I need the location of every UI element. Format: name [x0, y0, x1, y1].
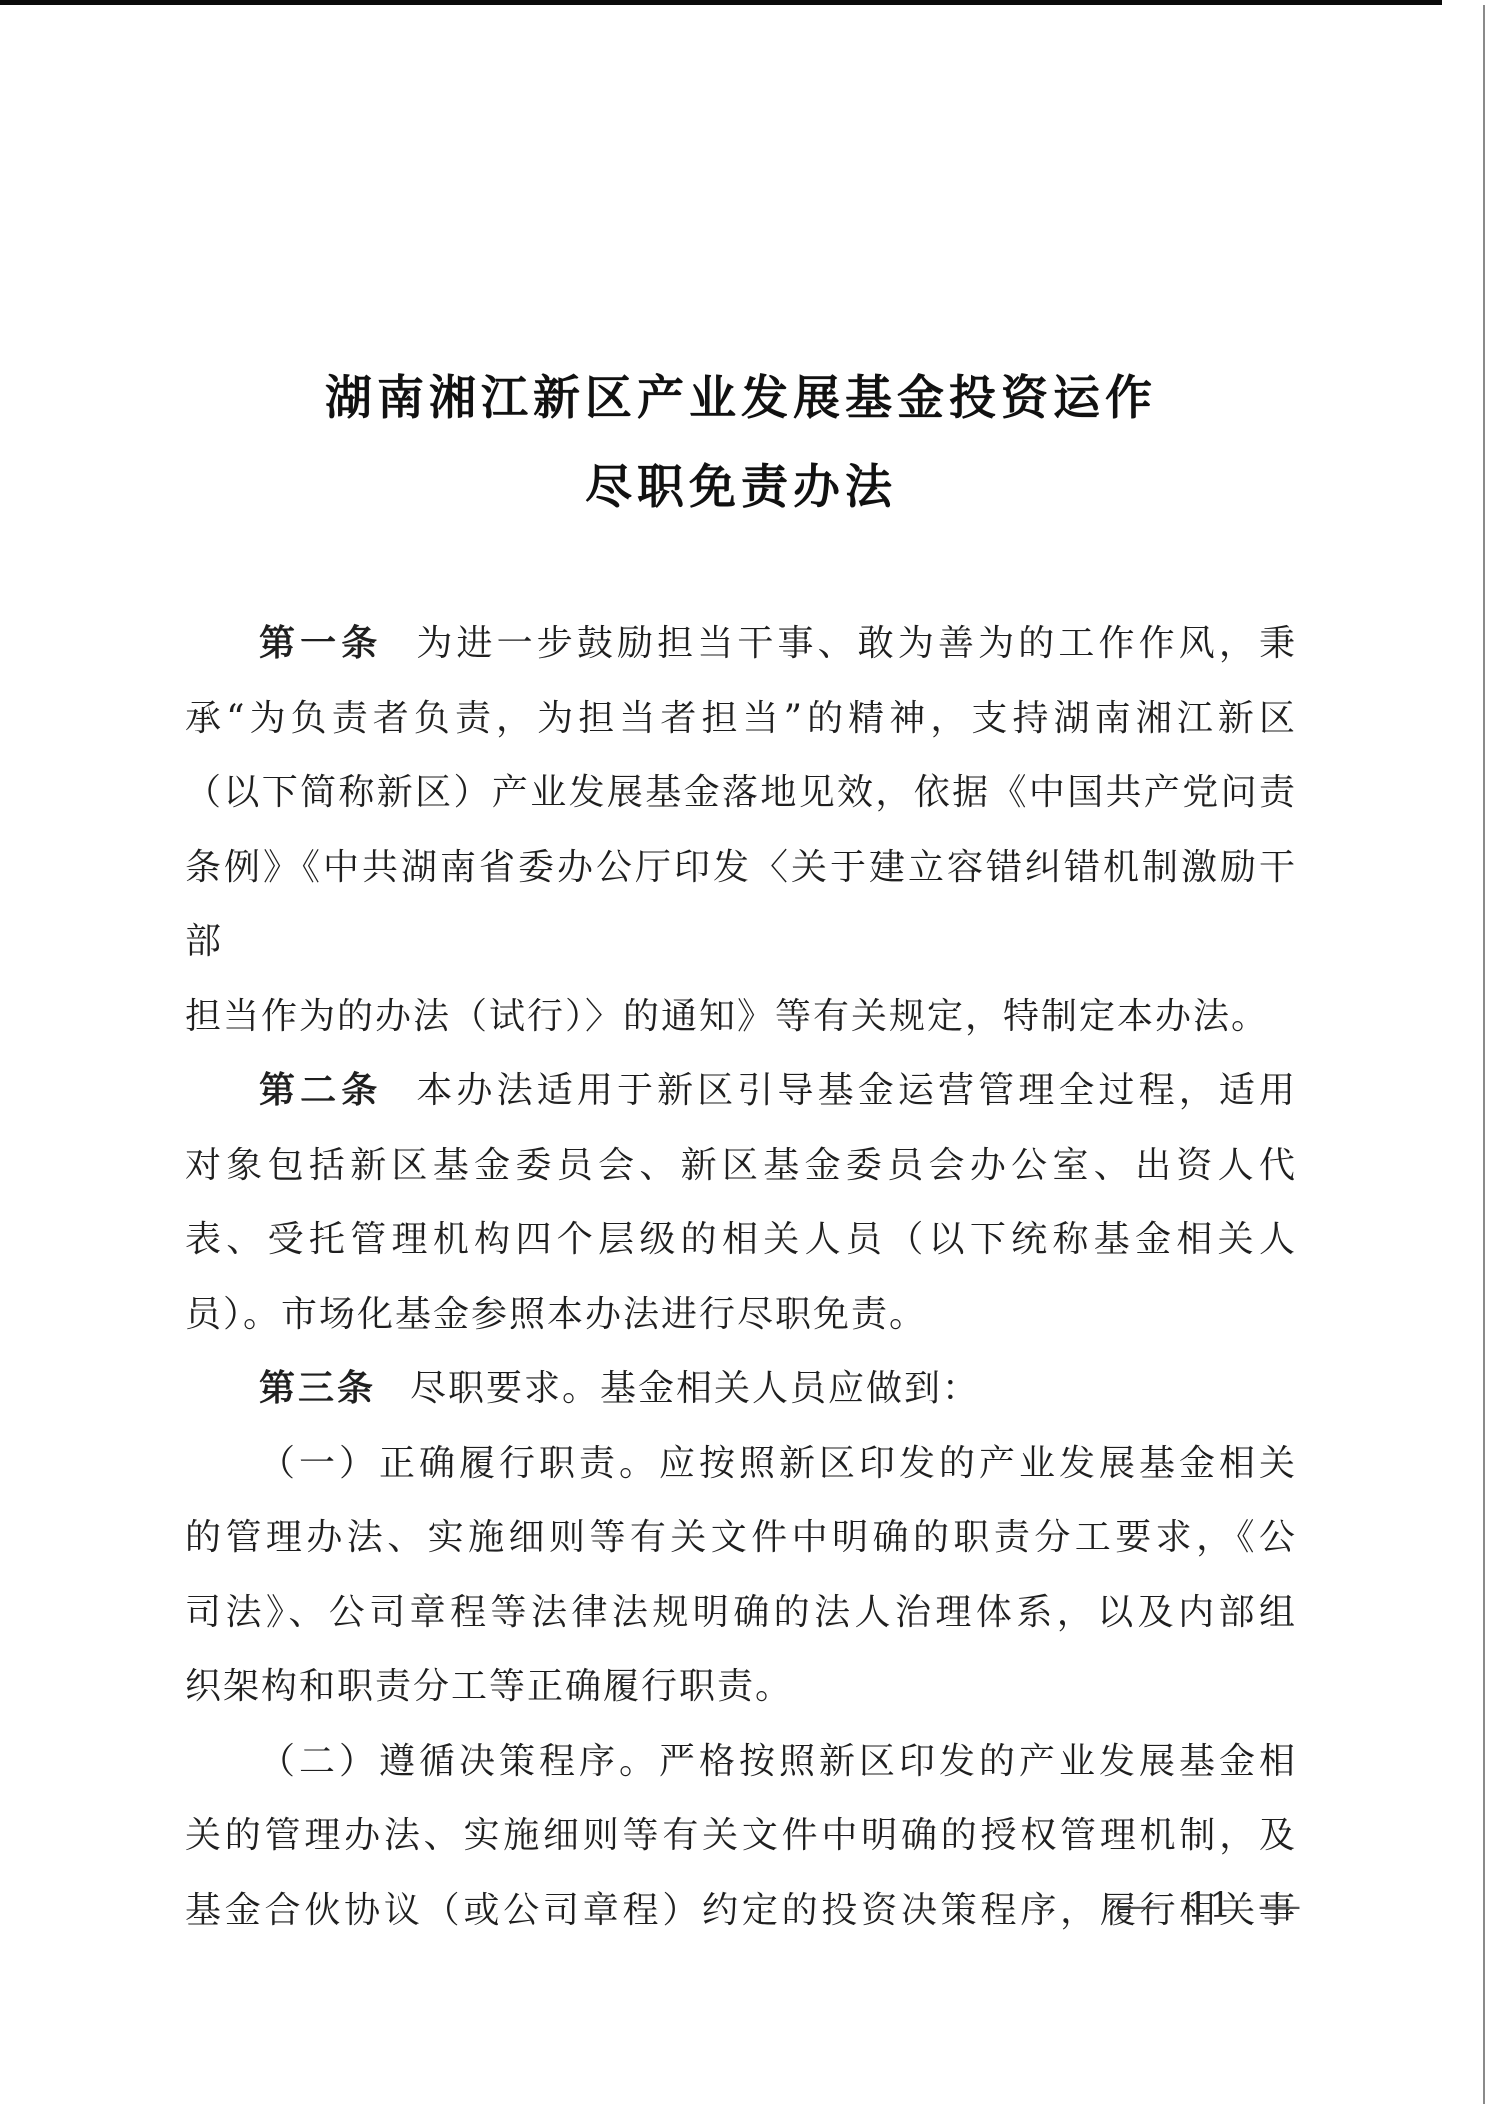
body-line: 条例》《中共湖南省委办公厅印发〈关于建立容错纠错机制激励干部	[185, 831, 1297, 980]
body-line: （一）正确履行职责。应按照新区印发的产业发展基金相关	[185, 1427, 1297, 1502]
document-body: 第一条为进一步鼓励担当干事、敢为善为的工作作风，秉承“为负责者负责，为担当者担当…	[185, 607, 1297, 1948]
body-line-text: 承“为负责者负责，为担当者担当”的精神，支持湖南湘江新区	[185, 698, 1297, 739]
body-line: 承“为负责者负责，为担当者担当”的精神，支持湖南湘江新区	[185, 682, 1297, 757]
body-line-text: 关的管理办法、实施细则等有关文件中明确的授权管理机制，及	[185, 1815, 1297, 1856]
body-line: 织架构和职责分工等正确履行职责。	[185, 1650, 1297, 1725]
page-number-value: 11	[1187, 1884, 1232, 1928]
body-line: 第二条本办法适用于新区引导基金运营管理全过程，适用	[185, 1054, 1297, 1129]
body-line-text: 为进一步鼓励担当干事、敢为善为的工作作风，秉	[416, 623, 1297, 664]
body-line: 担当作为的办法（试行）〉的通知》等有关规定，特制定本办法。	[185, 980, 1297, 1055]
page-edge-line	[1483, 5, 1485, 2104]
body-line: 关的管理办法、实施细则等有关文件中明确的授权管理机制，及	[185, 1799, 1297, 1874]
document-title-line2: 尽职免责办法	[185, 443, 1297, 532]
body-line-text: 的管理办法、实施细则等有关文件中明确的职责分工要求，《公	[185, 1517, 1297, 1558]
body-line: 表、受托管理机构四个层级的相关人员（以下统称基金相关人	[185, 1203, 1297, 1278]
body-line: （以下简称新区）产业发展基金落地见效，依据《中国共产党问责	[185, 756, 1297, 831]
body-line-text: 织架构和职责分工等正确履行职责。	[185, 1666, 793, 1707]
body-line-text: 表、受托管理机构四个层级的相关人员（以下统称基金相关人	[185, 1219, 1297, 1260]
body-line: 的管理办法、实施细则等有关文件中明确的职责分工要求，《公	[185, 1501, 1297, 1576]
article-number-label: 第三条	[259, 1368, 376, 1409]
body-line-text: 员）。市场化基金参照本办法进行尽职免责。	[185, 1294, 927, 1335]
body-line: 第一条为进一步鼓励担当干事、敢为善为的工作作风，秉	[185, 607, 1297, 682]
article-number-label: 第一条	[259, 623, 382, 664]
document-title-line1: 湖南湘江新区产业发展基金投资运作	[185, 354, 1297, 443]
document-title: 湖南湘江新区产业发展基金投资运作 尽职免责办法	[185, 354, 1297, 532]
body-line-text: （二）遵循决策程序。严格按照新区印发的产业发展基金相	[259, 1741, 1297, 1782]
body-line: 员）。市场化基金参照本办法进行尽职免责。	[185, 1278, 1297, 1353]
body-line-text: 对象包括新区基金委员会、新区基金委员会办公室、出资人代	[185, 1145, 1297, 1186]
scan-top-black-strip	[0, 0, 1442, 5]
body-line: 司法》、公司章程等法律法规明确的法人治理体系，以及内部组	[185, 1576, 1297, 1651]
article-number-label: 第二条	[259, 1070, 382, 1111]
body-line-text: 尽职要求。基金相关人员应做到：	[410, 1368, 980, 1409]
body-line: 第三条尽职要求。基金相关人员应做到：	[185, 1352, 1297, 1427]
page-number-dash-right: —	[1257, 1884, 1301, 1928]
body-line-text: 担当作为的办法（试行）〉的通知》等有关规定，特制定本办法。	[185, 996, 1269, 1037]
body-line-text: （以下简称新区）产业发展基金落地见效，依据《中国共产党问责	[185, 772, 1297, 813]
page-number: — 11 —	[1122, 1884, 1297, 1928]
body-line-text: 本办法适用于新区引导基金运营管理全过程，适用	[416, 1070, 1297, 1111]
body-line-text: 司法》、公司章程等法律法规明确的法人治理体系，以及内部组	[185, 1592, 1297, 1633]
body-line: 对象包括新区基金委员会、新区基金委员会办公室、出资人代	[185, 1129, 1297, 1204]
body-line-text: （一）正确履行职责。应按照新区印发的产业发展基金相关	[259, 1443, 1297, 1484]
body-line: （二）遵循决策程序。严格按照新区印发的产业发展基金相	[185, 1725, 1297, 1800]
body-line-text: 条例》《中共湖南省委办公厅印发〈关于建立容错纠错机制激励干部	[185, 847, 1297, 963]
page-number-dash-left: —	[1118, 1884, 1162, 1928]
scanned-document-page: 湖南湘江新区产业发展基金投资运作 尽职免责办法 第一条为进一步鼓励担当干事、敢为…	[0, 0, 1488, 2104]
